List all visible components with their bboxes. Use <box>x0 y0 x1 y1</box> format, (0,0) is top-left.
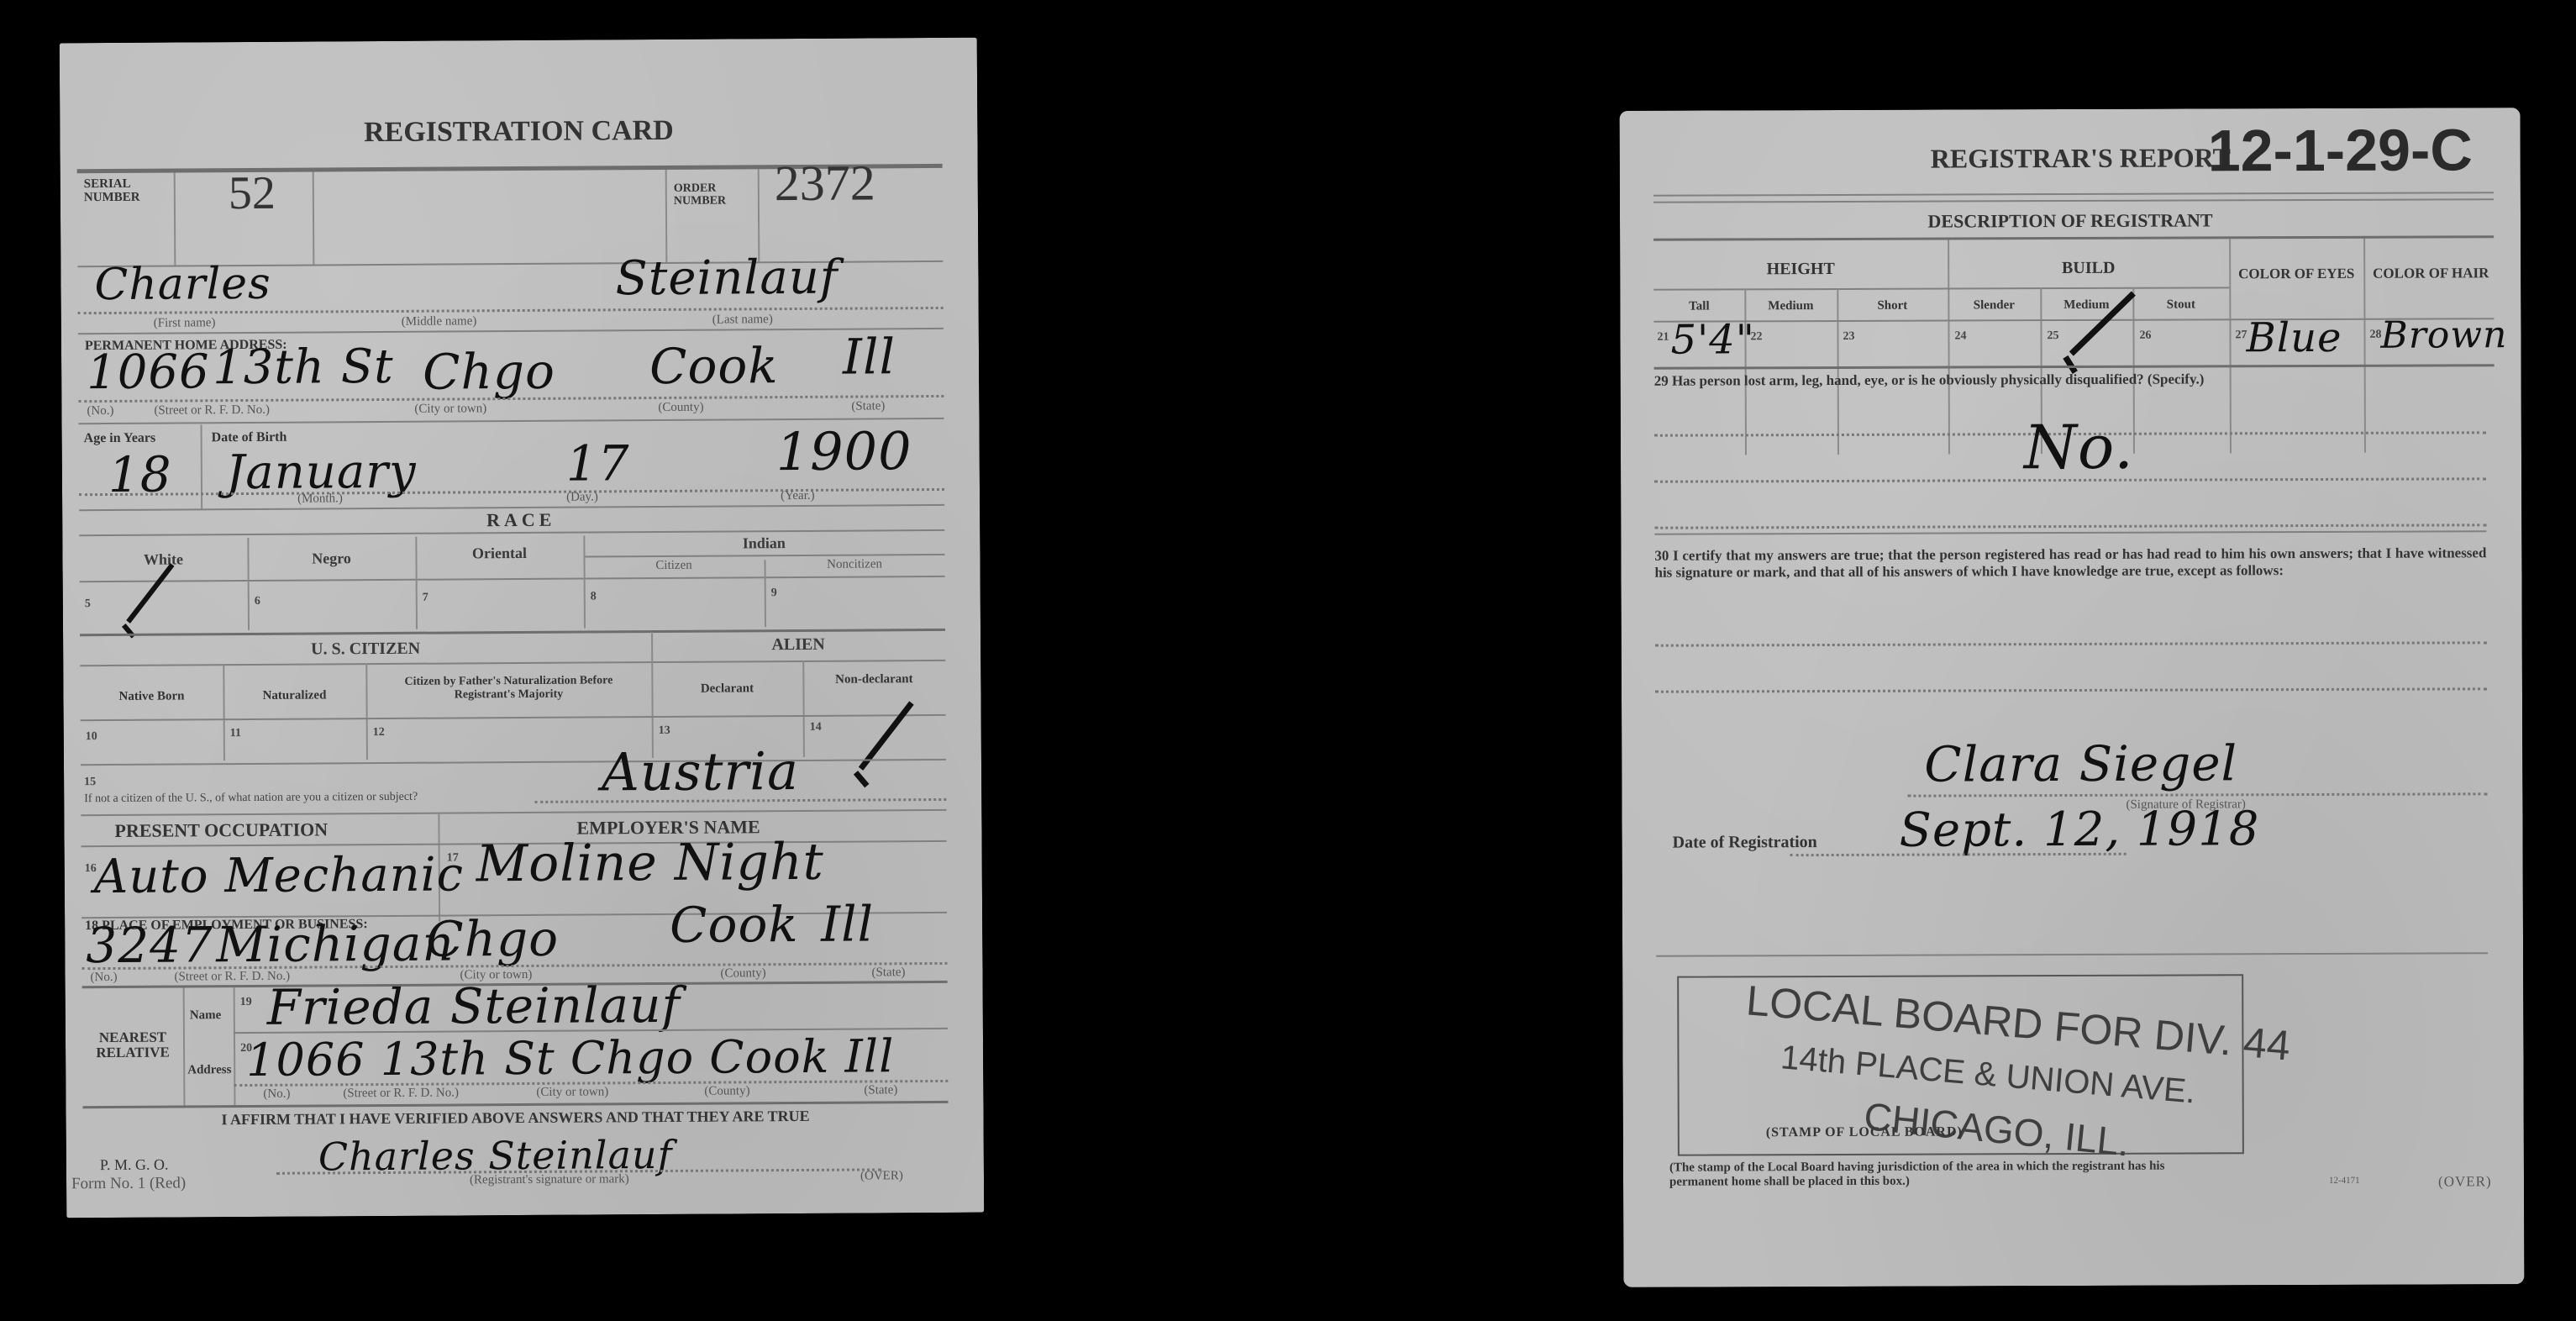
relative-address-label: Address <box>187 1063 231 1077</box>
hair-title: COLOR OF HAIR <box>2363 266 2498 282</box>
dob-caption-year: (Year.) <box>781 489 815 503</box>
place-city: Chgo <box>426 910 559 968</box>
q29-answer: No. <box>2024 412 2134 482</box>
naturalized-label: Naturalized <box>223 688 365 703</box>
place-caption-county: (County) <box>720 966 765 981</box>
card-title: REGISTRATION CARD <box>60 113 977 151</box>
eyes-title: COLOR OF EYES <box>2229 266 2363 282</box>
field-number: 28 <box>2369 329 2381 342</box>
height-title: HEIGHT <box>1653 260 1948 280</box>
us-citizen-title: U. S. CITIZEN <box>80 638 651 660</box>
first-name: Charles <box>94 259 271 310</box>
order-label: ORDER NUMBER <box>674 182 749 208</box>
non-declarant-label: Non-declarant <box>807 672 941 687</box>
order-number: 2372 <box>775 154 875 213</box>
form-id-line1: P. M. G. O. <box>100 1156 169 1174</box>
build-medium-checkmark <box>2063 279 2143 369</box>
race-white-checkmark <box>121 559 180 626</box>
field-number: 5 <box>85 597 91 611</box>
height-value: 5'4" <box>1670 316 1755 363</box>
relative-address: 1066 13th St Chgo Cook Ill <box>246 1029 895 1087</box>
dob-caption-month: (Month.) <box>297 492 343 506</box>
eye-color-value: Blue <box>2246 314 2342 361</box>
field-number: 26 <box>2139 329 2151 343</box>
occupation-label: PRESENT OCCUPATION <box>114 818 328 842</box>
field-number: 9 <box>771 587 777 600</box>
dob-label: Date of Birth <box>212 430 287 446</box>
field-number: 27 <box>2235 329 2247 342</box>
place-county: Cook <box>670 896 799 954</box>
dob-year: 1900 <box>776 420 912 482</box>
field-number: 25 <box>2047 329 2058 343</box>
height-medium-label: Medium <box>1744 299 1837 313</box>
relative-caption-state: (State) <box>864 1083 897 1097</box>
q29-question: Has person lost arm, leg, hand, eye, or … <box>1672 371 2205 388</box>
field-number: 8 <box>591 590 597 603</box>
affirm-text: I AFFIRM THAT I HAVE VERIFIED ABOVE ANSW… <box>83 1107 949 1129</box>
race-indian-citizen-label: Citizen <box>584 558 765 573</box>
race-negro-label: Negro <box>247 550 415 568</box>
form-id-line2: Form No. 1 (Red) <box>71 1174 186 1193</box>
home-address-county: Cook <box>649 337 779 395</box>
occupation-value: Auto Mechanic <box>94 847 465 904</box>
address-caption-county: (County) <box>658 401 703 415</box>
over-label: (OVER) <box>860 1169 903 1183</box>
field-number: 11 <box>230 727 241 740</box>
dob-day: 17 <box>566 434 630 492</box>
field-number: 30 <box>1654 548 1669 564</box>
registration-card: REGISTRATION CARD SERIAL NUMBER 52 ORDER… <box>60 38 985 1218</box>
serial-label: SERIAL NUMBER <box>84 177 168 205</box>
native-born-label: Native Born <box>80 689 223 704</box>
declarant-label: Declarant <box>651 682 802 697</box>
report-title: REGISTRAR'S REPORT <box>1931 142 2231 174</box>
relative-name: Frieda Steinlauf <box>267 976 681 1036</box>
nation-answer: Austria <box>602 740 799 803</box>
build-slender-label: Slender <box>1948 298 2040 313</box>
field-number: 13 <box>659 724 670 738</box>
field-number: 10 <box>86 730 97 744</box>
q30-text: 30 I certify that my answers are true; t… <box>1654 545 2486 581</box>
place-caption-state: (State) <box>871 966 905 980</box>
over-label: (OVER) <box>2438 1173 2492 1190</box>
q30-certification: I certify that my answers are true; that… <box>1654 545 2486 580</box>
description-title: DESCRIPTION OF REGISTRANT <box>1620 208 2521 234</box>
registrar-signature: Clara Siegel <box>1924 734 2237 792</box>
home-address-city: Chgo <box>423 343 555 401</box>
relative-name-label: Name <box>190 1008 222 1023</box>
last-name-caption: (Last name) <box>712 313 773 327</box>
field-number: 12 <box>373 726 385 739</box>
signature-caption: (Registrant's signature or mark) <box>470 1172 629 1187</box>
place-state: Ill <box>821 895 874 952</box>
form-code: 12-4171 <box>2329 1176 2360 1186</box>
height-short-label: Short <box>1837 299 1948 313</box>
non-declarant-checkmark <box>853 697 921 774</box>
address-caption-no: (No.) <box>87 404 113 418</box>
race-indian-noncitizen-label: Noncitizen <box>764 557 944 572</box>
stamp-note: (The stamp of the Local Board having jur… <box>1669 1159 2224 1189</box>
middle-name-caption: (Middle name) <box>402 314 477 329</box>
place-caption-no: (No.) <box>90 971 117 985</box>
field-number: 29 <box>1654 373 1669 389</box>
home-address-no: 1066 <box>87 345 210 400</box>
stamp-number: 12-1-29-C <box>2208 116 2473 184</box>
field-number: 24 <box>1954 329 1966 343</box>
height-tall-label: Tall <box>1653 299 1744 313</box>
date-label: Date of Registration <box>1673 833 1817 853</box>
race-oriental-label: Oriental <box>415 545 583 563</box>
nearest-relative-label: NEAREST RELATIVE <box>82 1029 183 1060</box>
field-number: 14 <box>810 721 822 734</box>
employer-value: Moline Night <box>476 833 824 894</box>
relative-caption-county: (County) <box>704 1084 749 1098</box>
field-number: 23 <box>1843 330 1854 344</box>
build-title: BUILD <box>1948 258 2229 278</box>
home-address-state: Ill <box>843 328 896 385</box>
age-label: Age in Years <box>84 431 156 447</box>
field-number: 15 <box>84 776 96 789</box>
field-number: 7 <box>423 592 428 605</box>
field-number: 21 <box>1657 331 1669 345</box>
relative-caption-city: (City or town) <box>536 1085 608 1100</box>
race-indian-label: Indian <box>583 534 944 554</box>
field-number: 19 <box>240 996 252 1009</box>
registration-date: Sept. 12, 1918 <box>1899 802 2259 857</box>
registrars-report-card: REGISTRAR'S REPORT 12-1-29-C DESCRIPTION… <box>1620 108 2525 1287</box>
nation-question: If not a citizen of the U. S., of what n… <box>84 791 418 806</box>
place-no: 3247 <box>86 916 213 974</box>
q29-text: 29 Has person lost arm, leg, hand, eye, … <box>1654 370 2486 388</box>
alien-title: ALIEN <box>651 634 945 655</box>
stamp-caption: (STAMP OF LOCAL BOARD) <box>1766 1124 1963 1140</box>
address-caption-state: (State) <box>851 399 885 413</box>
relative-caption-street: (Street or R. F. D. No.) <box>343 1086 459 1101</box>
hair-color-value: Brown <box>2380 313 2507 357</box>
relative-caption-no: (No.) <box>263 1087 290 1102</box>
address-caption-street: (Street or R. F. D. No.) <box>154 403 270 418</box>
build-stout-label: Stout <box>2132 297 2229 312</box>
first-name-caption: (First name) <box>154 316 216 330</box>
address-caption-city: (City or town) <box>414 402 486 417</box>
home-address-street: 13th St <box>213 339 394 395</box>
citizen-by-father-label: Citizen by Father's Naturalization Befor… <box>374 674 643 703</box>
last-name: Steinlauf <box>615 250 838 307</box>
field-number: 6 <box>255 595 260 608</box>
serial-number: 52 <box>229 166 276 220</box>
dob-caption-day: (Day.) <box>566 490 598 504</box>
